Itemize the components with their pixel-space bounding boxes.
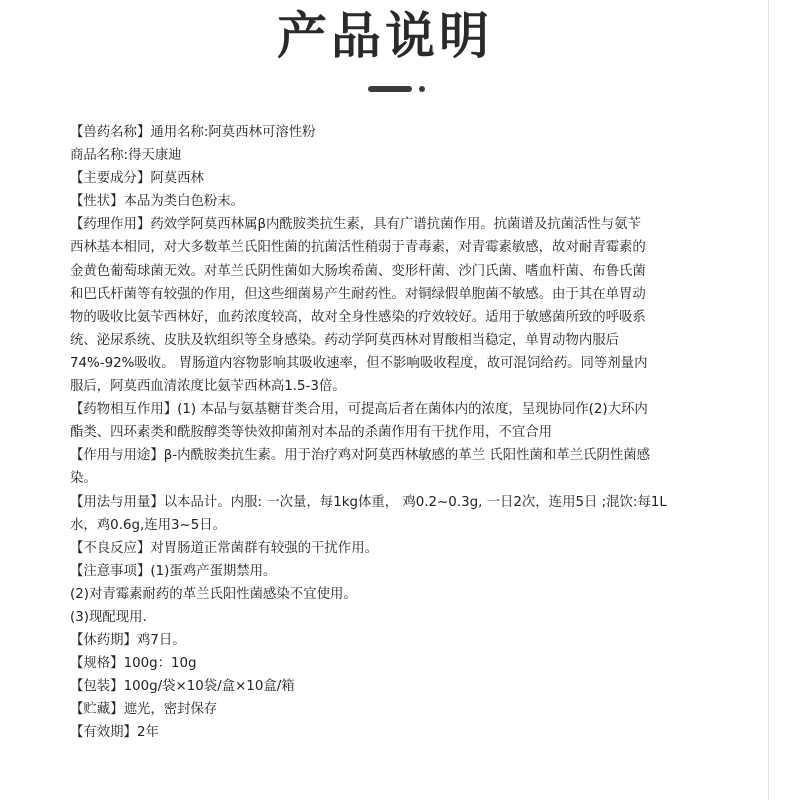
- line-pharmacology-cont: 服后，阿莫西血清浓度比氨苄西林高1.5-3倍。: [70, 375, 760, 398]
- section-text: (3)现配现用.: [70, 610, 147, 625]
- section-text: 本品为类白色粉末。: [124, 194, 245, 209]
- section-text: 药效学阿莫西林属β内酰胺类抗生素，具有广谱抗菌作用。抗菌谱及抗菌活性与氨苄: [150, 217, 641, 232]
- section-label: 【主要成分】: [70, 171, 150, 186]
- section-text: 74%-92%吸收。 胃肠道内容物影响其吸收速率，但不影响吸收程度，故可混饲给药…: [70, 356, 647, 371]
- line-pharmacology-cont: 统、泌尿系统、皮肤及软组织等全身感染。药动学阿莫西林对胃酸相当稳定，单胃动物内服…: [70, 329, 760, 352]
- line-precautions-cont: (3)现配现用.: [70, 606, 760, 629]
- line-withdrawal-period: 【休药期】鸡7日。: [70, 629, 760, 652]
- line-packaging: 【包装】100g/袋×10袋/盒×10盒/箱: [70, 675, 760, 698]
- section-text: 遮光，密封保存: [124, 702, 218, 717]
- section-text: 和巴氏杆菌等有较强的作用，但这些细菌易产生耐药性。对铜绿假单胞菌不敏感。由于其在…: [70, 287, 646, 302]
- title-divider-bar: [368, 86, 412, 92]
- line-indications-cont: 染。: [70, 467, 760, 490]
- line-adverse-reactions: 【不良反应】对胃肠道正常菌群有较强的干扰作用。: [70, 537, 760, 560]
- section-text: 对胃肠道正常菌群有较强的干扰作用。: [150, 541, 378, 556]
- section-text: 鸡7日。: [137, 633, 186, 648]
- line-dosage-cont: 水，鸡0.6g,连用3~5日。: [70, 514, 760, 537]
- line-trade-name: 商品名称:得天康迪: [70, 144, 760, 167]
- line-interactions-cont: 酯类、四环素类和酰胺醇类等快效抑菌剂对本品的杀菌作用有干扰作用，不宜合用: [70, 421, 760, 444]
- page-title: 产品说明: [0, 6, 770, 66]
- line-appearance: 【性状】本品为类白色粉末。: [70, 190, 760, 213]
- line-storage: 【贮藏】遮光，密封保存: [70, 698, 760, 721]
- product-description: 【兽药名称】通用名称:阿莫西林可溶性粉 商品名称:得天康迪 【主要成分】阿莫西林…: [70, 121, 760, 745]
- line-pharmacology-cont: 物的吸收比氨苄西林好，血药浓度较高，故对全身性感染的疗效较好。适用于敏感菌所致的…: [70, 306, 760, 329]
- section-text: (1)蛋鸡产蛋期禁用。: [150, 564, 276, 579]
- section-text: 水，鸡0.6g,连用3~5日。: [70, 518, 226, 533]
- section-label: 【性状】: [70, 194, 124, 209]
- section-label: 【药物相互作用】: [70, 402, 177, 417]
- section-label: 【注意事项】: [70, 564, 150, 579]
- section-text: (1) 本品与氨基糖苷类合用，可提高后者在菌体内的浓度，呈现协同作(2)大环内: [177, 402, 648, 417]
- section-text: 商品名称:得天康迪: [70, 148, 182, 163]
- line-drug-name: 【兽药名称】通用名称:阿莫西林可溶性粉: [70, 121, 760, 144]
- section-text: 100g：10g: [124, 656, 197, 671]
- section-text: 染。: [70, 471, 97, 486]
- right-border-line: [768, 0, 769, 800]
- section-text: 物的吸收比氨苄西林好，血药浓度较高，故对全身性感染的疗效较好。适用于敏感菌所致的…: [70, 310, 646, 325]
- section-text: (2)对青霉素耐药的革兰氏阳性菌感染不宜使用。: [70, 587, 357, 602]
- section-text: 服后，阿莫西血清浓度比氨苄西林高1.5-3倍。: [70, 379, 346, 394]
- line-main-ingredient: 【主要成分】阿莫西林: [70, 167, 760, 190]
- line-indications: 【作用与用途】β-内酰胺类抗生素。用于治疗鸡对阿莫西林敏感的革兰 氏阳性菌和革兰…: [70, 444, 760, 467]
- line-precautions-cont: (2)对青霉素耐药的革兰氏阳性菌感染不宜使用。: [70, 583, 760, 606]
- section-text: 以本品计。内服: 一次量，每1kg体重， 鸡0.2~0.3g, 一日2次，连用5…: [164, 495, 667, 510]
- line-pharmacology: 【药理作用】药效学阿莫西林属β内酰胺类抗生素，具有广谱抗菌作用。抗菌谱及抗菌活性…: [70, 213, 760, 236]
- section-text: 通用名称:阿莫西林可溶性粉: [150, 125, 315, 140]
- section-label: 【规格】: [70, 656, 124, 671]
- section-label: 【药理作用】: [70, 217, 150, 232]
- section-text: 统、泌尿系统、皮肤及软组织等全身感染。药动学阿莫西林对胃酸相当稳定，单胃动物内服…: [70, 333, 619, 348]
- section-label: 【贮藏】: [70, 702, 124, 717]
- section-text: 西林基本相同，对大多数革兰氏阳性菌的抗菌活性稍弱于青毒素，对青霉素敏感，故对耐青…: [70, 240, 646, 255]
- line-pharmacology-cont: 74%-92%吸收。 胃肠道内容物影响其吸收速率，但不影响吸收程度，故可混饲给药…: [70, 352, 760, 375]
- section-label: 【有效期】: [70, 725, 137, 740]
- section-text: 100g/袋×10袋/盒×10盒/箱: [124, 679, 295, 694]
- line-shelf-life: 【有效期】2年: [70, 721, 760, 744]
- line-specification: 【规格】100g：10g: [70, 652, 760, 675]
- section-label: 【兽药名称】: [70, 125, 150, 140]
- section-label: 【作用与用途】: [70, 448, 164, 463]
- line-dosage: 【用法与用量】以本品计。内服: 一次量，每1kg体重， 鸡0.2~0.3g, 一…: [70, 491, 760, 514]
- section-label: 【用法与用量】: [70, 495, 164, 510]
- line-interactions: 【药物相互作用】(1) 本品与氨基糖苷类合用，可提高后者在菌体内的浓度，呈现协同…: [70, 398, 760, 421]
- section-label: 【包装】: [70, 679, 124, 694]
- section-text: 2年: [137, 725, 159, 740]
- line-pharmacology-cont: 和巴氏杆菌等有较强的作用，但这些细菌易产生耐药性。对铜绿假单胞菌不敏感。由于其在…: [70, 283, 760, 306]
- section-text: 阿莫西林: [150, 171, 204, 186]
- section-label: 【休药期】: [70, 633, 137, 648]
- section-label: 【不良反应】: [70, 541, 150, 556]
- section-text: 金黄色葡萄球菌无效。对革兰氏阴性菌如大肠埃希菌、变形杆菌、沙门氏菌、嗜血杆菌、布…: [70, 264, 646, 279]
- title-divider-dot: [419, 86, 425, 92]
- line-precautions: 【注意事项】(1)蛋鸡产蛋期禁用。: [70, 560, 760, 583]
- section-text: β-内酰胺类抗生素。用于治疗鸡对阿莫西林敏感的革兰 氏阳性菌和革兰氏阴性菌感: [164, 448, 650, 463]
- line-pharmacology-cont: 西林基本相同，对大多数革兰氏阳性菌的抗菌活性稍弱于青毒素，对青霉素敏感，故对耐青…: [70, 236, 760, 259]
- section-text: 酯类、四环素类和酰胺醇类等快效抑菌剂对本品的杀菌作用有干扰作用，不宜合用: [70, 425, 552, 440]
- line-pharmacology-cont: 金黄色葡萄球菌无效。对革兰氏阴性菌如大肠埃希菌、变形杆菌、沙门氏菌、嗜血杆菌、布…: [70, 260, 760, 283]
